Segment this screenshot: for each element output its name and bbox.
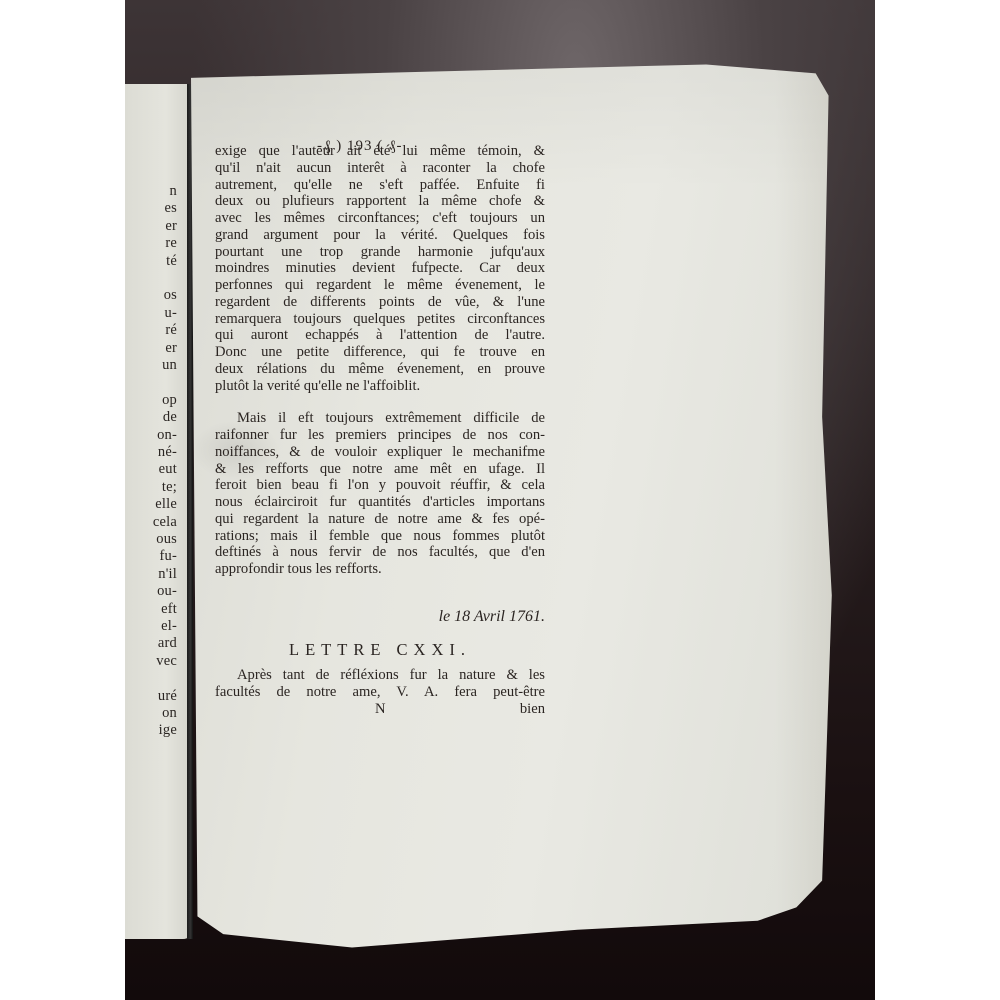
text-line: avec les mêmes circonftances; c'eft touj… xyxy=(215,210,545,227)
text-line: autrement, qu'elle ne s'eft paffée. Enfu… xyxy=(215,177,545,194)
left-page-text-fragment: re xyxy=(165,236,177,251)
text-line: approfondir tous les refforts. xyxy=(215,561,545,578)
text-line: perfonnes qui regardent le même évenemen… xyxy=(215,277,545,294)
text-line: Donc une petite difference, qui fe trouv… xyxy=(215,344,545,361)
left-page-text-fragment: fu- xyxy=(159,549,177,564)
catchword: bien xyxy=(520,701,545,718)
text-line: qui auront echappés à l'attention de l'a… xyxy=(215,327,545,344)
dateline: le 18 Avril 1761. xyxy=(215,609,545,626)
page-edge-shading xyxy=(775,60,835,952)
left-page-text-fragment: elle xyxy=(155,497,177,512)
text-line: & les refforts que notre ame mêt en ufag… xyxy=(215,461,545,478)
text-line: nous éclairciroit fur quantités d'articl… xyxy=(215,494,545,511)
text-line: noiffances, & de vouloir expliquer le me… xyxy=(215,444,545,461)
left-page-text-fragment: os xyxy=(164,288,177,303)
text-line: qu'il n'ait aucun interêt à raconter la … xyxy=(215,160,545,177)
left-page-text-fragment: de xyxy=(163,410,177,425)
page-text-block: exige que l'auteur ait été lui même témo… xyxy=(215,143,545,578)
text-line: pourtant une trop grande harmonie jufqu'… xyxy=(215,244,545,261)
text-line: facultés de notre ame, V. A. fera peut-ê… xyxy=(215,684,545,701)
text-line: remarquera toujours quelques petites cir… xyxy=(215,311,545,328)
left-page-text-fragment: eft xyxy=(161,602,177,617)
left-page-text-fragment: té xyxy=(166,254,177,269)
letter-body: Après tant de réfléxions fur la nature &… xyxy=(215,667,545,717)
left-page-text-fragment: un xyxy=(162,358,177,373)
text-line: feroit bien beau fi l'on y pouvoit réuff… xyxy=(215,477,545,494)
text-line: rations; mais il femble que nous fommes … xyxy=(215,528,545,545)
left-page-text-fragment: ou- xyxy=(157,584,177,599)
left-page-text-fragment: vec xyxy=(156,654,177,669)
paragraph-2: Mais il eft toujours extrêmement diffici… xyxy=(215,410,545,578)
text-line: grand argument pour la vérité. Quelques … xyxy=(215,227,545,244)
left-page-text-fragment: er xyxy=(165,219,177,234)
left-page-text-fragment: uré xyxy=(158,689,177,704)
text-line: raifonner fur les premiers principes de … xyxy=(215,427,545,444)
left-page-text-fragment: cela xyxy=(153,515,177,530)
left-page-text-fragment: n'il xyxy=(158,567,177,582)
text-line: Mais il eft toujours extrêmement diffici… xyxy=(215,410,545,427)
letter-heading: LETTRE CXXI. xyxy=(215,642,545,659)
left-page-text-fragment: on- xyxy=(157,428,177,443)
left-page-text-fragment: te; xyxy=(162,480,177,495)
text-line: Après tant de réfléxions fur la nature &… xyxy=(215,667,545,684)
book-photograph: neserretéosu-réerunopdeon-né-eutte;ellec… xyxy=(125,0,875,1000)
text-line: plutôt la verité qu'elle ne l'affoiblit. xyxy=(215,378,545,395)
signature-mark: N xyxy=(375,701,386,718)
text-line: exige que l'auteur ait été lui même témo… xyxy=(215,143,545,160)
left-page-text-fragment: es xyxy=(165,201,177,216)
text-line: moindres minuties devient fufpecte. Car … xyxy=(215,260,545,277)
left-page-text-fragment: ré xyxy=(165,323,177,338)
left-page-text-fragment: n xyxy=(170,184,177,199)
left-page-text-fragment: ard xyxy=(158,636,177,651)
text-line: deftinés à nous fervir de nos facultés, … xyxy=(215,544,545,561)
paragraph-1: exige que l'auteur ait été lui même témo… xyxy=(215,143,545,394)
left-page-text-fragment: né- xyxy=(158,445,177,460)
left-page-text-fragment: el- xyxy=(161,619,177,634)
left-page-text-fragment: ous xyxy=(156,532,177,547)
right-page: -₰ ) 193 ( ₰- exige que l'auteur ait été… xyxy=(191,60,835,952)
text-line: regardent de differents points de vûe, &… xyxy=(215,294,545,311)
left-page-text-fragment: op xyxy=(162,393,177,408)
left-page-text-fragment: er xyxy=(165,341,177,356)
text-line: deux ou plufieurs rapportent la même cho… xyxy=(215,193,545,210)
left-page-text-fragment: on xyxy=(162,706,177,721)
text-line: deux rélations du même évenement, en pro… xyxy=(215,361,545,378)
left-page-text-fragment: ige xyxy=(159,723,177,738)
left-page-text-fragment: eut xyxy=(159,462,177,477)
left-page-text-fragment: u- xyxy=(165,306,177,321)
text-line: qui regardent la nature de notre ame & f… xyxy=(215,511,545,528)
left-page: neserretéosu-réerunopdeon-né-eutte;ellec… xyxy=(125,84,193,939)
